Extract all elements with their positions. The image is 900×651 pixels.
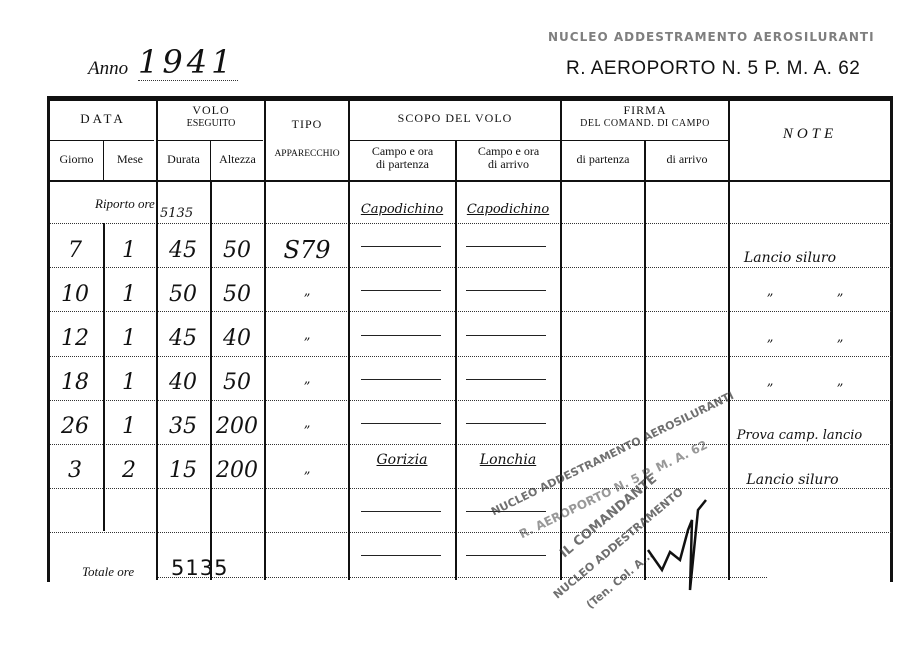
col-firma-arrivo: di arrivo xyxy=(646,153,728,166)
cell-note: Lancio siluro xyxy=(700,250,880,266)
cell-mese: 1 xyxy=(104,414,154,439)
col-divider xyxy=(455,140,457,580)
col-campo-arrivo-line2: di arrivo xyxy=(457,158,560,171)
header-firma: FIRMA xyxy=(562,104,728,117)
row-line xyxy=(50,223,891,224)
header-scopo: SCOPO DEL VOLO xyxy=(350,112,560,125)
cell-tipo: ” xyxy=(266,292,348,307)
cell-giorno: 12 xyxy=(50,326,100,351)
cell-campo-arrivo: Lonchia xyxy=(458,452,558,468)
cell-durata: 35 xyxy=(158,414,208,439)
riporto-campo-arrivo: Capodichino xyxy=(458,202,558,217)
cell-tipo: S79 xyxy=(266,236,348,264)
col-campo-partenza: Campo e ora di partenza xyxy=(350,145,455,171)
blank-dash xyxy=(466,335,546,336)
row-line xyxy=(50,400,891,401)
col-mese: Mese xyxy=(104,153,156,166)
blank-dash xyxy=(466,290,546,291)
cell-tipo: ” xyxy=(266,380,348,395)
totale-value: 5135 xyxy=(171,556,228,580)
col-altezza: Altezza xyxy=(211,153,264,166)
blank-dash xyxy=(466,423,546,424)
header-bottom-line xyxy=(50,180,891,182)
header-firma-comand: DEL COMAND. DI CAMPO xyxy=(562,117,728,130)
totale-label: Totale ore xyxy=(82,564,134,580)
blank-dash xyxy=(361,555,441,556)
col-campo-arrivo: Campo e ora di arrivo xyxy=(457,145,560,171)
cell-durata: 45 xyxy=(158,238,208,263)
riporto-campo-partenza: Capodichino xyxy=(352,202,452,217)
cell-durata: 40 xyxy=(158,370,208,395)
cell-mese: 1 xyxy=(104,238,154,263)
row-line xyxy=(50,356,891,357)
col-divider xyxy=(348,100,350,580)
blank-dash xyxy=(361,511,441,512)
blank-dash xyxy=(361,379,441,380)
anno-value: 1941 xyxy=(138,44,238,81)
row-line xyxy=(50,444,891,445)
cell-altezza: 50 xyxy=(212,370,262,395)
cell-altezza: 200 xyxy=(212,414,262,439)
header-tipo: TIPO xyxy=(266,118,348,131)
header-data: DATA xyxy=(50,112,156,125)
cell-altezza: 50 xyxy=(212,238,262,263)
cell-note: Prova camp. lancio xyxy=(712,428,887,443)
table-top-line xyxy=(47,99,893,101)
col-firma-partenza: di partenza xyxy=(562,153,644,166)
header-note: NOTE xyxy=(730,128,890,141)
cell-note-2: ” xyxy=(825,292,855,307)
row-line xyxy=(50,488,891,489)
unit-stamp: NUCLEO ADDESTRAMENTO AEROSILURANTI xyxy=(548,30,875,44)
cell-campo-partenza: Gorizia xyxy=(352,452,452,468)
cell-note: ” xyxy=(755,292,785,307)
cell-durata: 15 xyxy=(158,458,208,483)
cell-tipo: ” xyxy=(266,470,348,485)
cell-note-2: ” xyxy=(825,338,855,353)
blank-dash xyxy=(361,423,441,424)
cell-giorno: 26 xyxy=(50,414,100,439)
blank-dash xyxy=(466,379,546,380)
cell-mese: 1 xyxy=(104,370,154,395)
cell-altezza: 200 xyxy=(212,458,262,483)
blank-dash xyxy=(361,335,441,336)
cell-giorno: 7 xyxy=(50,238,100,263)
col-giorno: Giorno xyxy=(50,153,103,166)
header-eseguito: ESEGUITO xyxy=(158,117,264,130)
cell-altezza: 40 xyxy=(212,326,262,351)
col-durata: Durata xyxy=(157,153,210,166)
cell-tipo: ” xyxy=(266,424,348,439)
row-line xyxy=(50,267,891,268)
cell-durata: 45 xyxy=(158,326,208,351)
col-campo-partenza-line2: di partenza xyxy=(350,158,455,171)
blank-dash xyxy=(361,290,441,291)
cell-tipo: ” xyxy=(266,336,348,351)
data-group-divider xyxy=(50,140,154,141)
cell-mese: 1 xyxy=(104,282,154,307)
commander-signature-icon xyxy=(640,490,720,600)
header-volo: VOLO xyxy=(158,104,264,117)
header-apparecchio: APPARECCHIO xyxy=(264,148,350,161)
blank-dash xyxy=(466,246,546,247)
riporto-value: 5135 xyxy=(160,206,193,221)
cell-durata: 50 xyxy=(158,282,208,307)
anno-label: Anno xyxy=(88,58,128,80)
row-line xyxy=(50,532,891,533)
cell-note: Lancio siluro xyxy=(705,472,880,488)
blank-dash xyxy=(466,555,546,556)
airport-heading: R. AEROPORTO N. 5 P. M. A. 62 xyxy=(566,58,860,80)
riporto-label: Riporto ore xyxy=(95,196,155,212)
cell-giorno: 3 xyxy=(50,458,100,483)
cell-note: ” xyxy=(755,382,785,397)
cell-giorno: 10 xyxy=(50,282,100,307)
row-line xyxy=(50,311,891,312)
cell-note-2: ” xyxy=(825,382,855,397)
col-divider xyxy=(728,100,730,580)
cell-mese: 2 xyxy=(104,458,154,483)
cell-altezza: 50 xyxy=(212,282,262,307)
blank-dash xyxy=(361,246,441,247)
cell-note: ” xyxy=(755,338,785,353)
cell-mese: 1 xyxy=(104,326,154,351)
cell-giorno: 18 xyxy=(50,370,100,395)
